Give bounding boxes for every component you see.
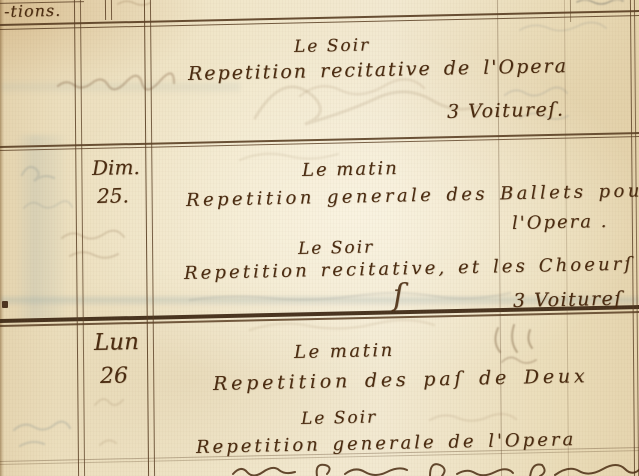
entry2-time-morning: Le matin <box>302 158 399 181</box>
column-header-fragment: -tions. <box>4 1 62 21</box>
entry3-activity1: Repetition des paſ de Deux <box>213 365 589 395</box>
ink-layer: -tions. Le Soir Repetition recitative de… <box>0 0 639 476</box>
entry2-activity1: Repetition generale des Ballets pour <box>186 180 639 211</box>
entry1-time-evening: Le Soir <box>294 35 371 57</box>
entry3-time-evening: Le Soir <box>301 407 378 429</box>
entry2-flourish-mark: ſ <box>393 278 405 313</box>
entry2-activity1-continuation: l'Opera . <box>512 211 609 234</box>
entry3-date-day: Lun <box>94 329 139 356</box>
manuscript-page: -tions. Le Soir Repetition recitative de… <box>0 0 639 476</box>
entry1-vehicles: 3 Voitureſ. <box>447 99 565 123</box>
entry3-date-number: 26 <box>100 363 129 389</box>
entry3-activity2: Repetition generale de l'Opera <box>196 429 577 458</box>
entry2-date-day: Dim. <box>92 155 140 180</box>
entry2-time-evening: Le Soir <box>298 237 375 259</box>
entry2-activity2: Repetition recitative, et les Choeurſ <box>184 254 635 284</box>
cutoff-handwriting-fragment <box>225 461 639 476</box>
entry3-time-morning: Le matin <box>294 340 395 363</box>
entry2-vehicles: 3 Voitureſ <box>513 288 623 312</box>
entry1-activity: Repetition recitative de l'Opera <box>188 55 568 85</box>
entry2-date-number: 25. <box>97 183 129 208</box>
